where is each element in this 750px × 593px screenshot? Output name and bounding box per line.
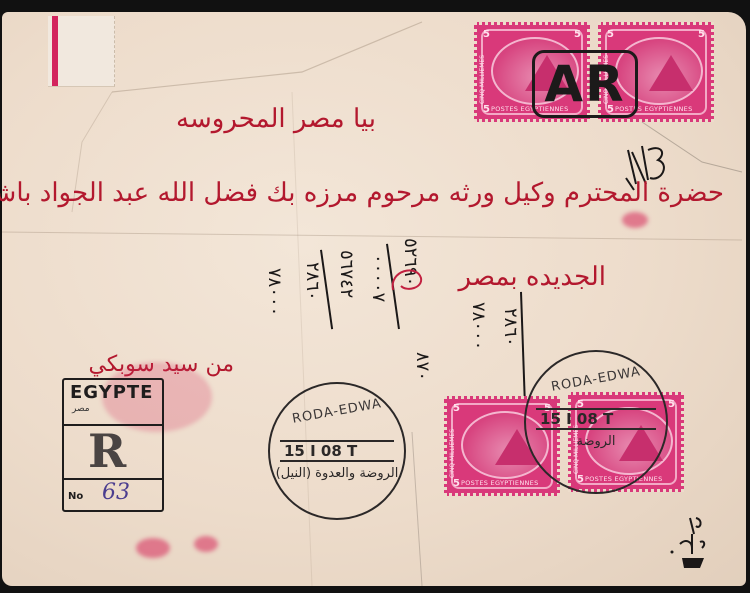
address-line-3: الجديده بمصر	[458, 262, 606, 292]
ink-smudge	[194, 536, 218, 552]
postmark: RODA-EDWA 15 I 08 T الروضة	[524, 350, 668, 494]
ledger-note: ٥٦٧٤٢	[336, 250, 357, 298]
ledger-note: ٢٨٦٠	[302, 262, 323, 301]
red-check-mark	[387, 260, 427, 300]
registration-label: EGYPTE مصر R No 63	[62, 378, 164, 512]
ar-handstamp: AR	[532, 50, 638, 118]
ink-smudge	[622, 212, 648, 228]
address-line-2: حضرة المحترم وكيل ورثه مرحوم مرزه بك فضل…	[0, 178, 724, 208]
ledger-note: ٨٧٠	[412, 352, 433, 381]
red-stripe	[52, 16, 58, 86]
ink-smudge	[136, 538, 170, 558]
pyramid-icon	[649, 55, 693, 91]
ledger-note: ٧٨٠٠٠	[468, 302, 489, 350]
ledger-note: ٢٨٦٠	[500, 308, 521, 347]
registration-number: 63	[102, 480, 130, 505]
ledger-note: ٧٨٠٠٠	[264, 268, 285, 316]
envelope: 5 5 5 POSTES EGYPTIENNES CINQ MILLIEMES …	[2, 12, 746, 586]
signature-icon	[670, 514, 720, 574]
label-tab-remnant	[48, 16, 115, 87]
ledger-note: ٠٠٠٠٧	[368, 254, 389, 302]
postmark: RODA-EDWA 15 I 08 T الروضة والعدوة (الني…	[268, 382, 406, 520]
address-line-1: بيا مصر المحروسه	[176, 104, 376, 134]
